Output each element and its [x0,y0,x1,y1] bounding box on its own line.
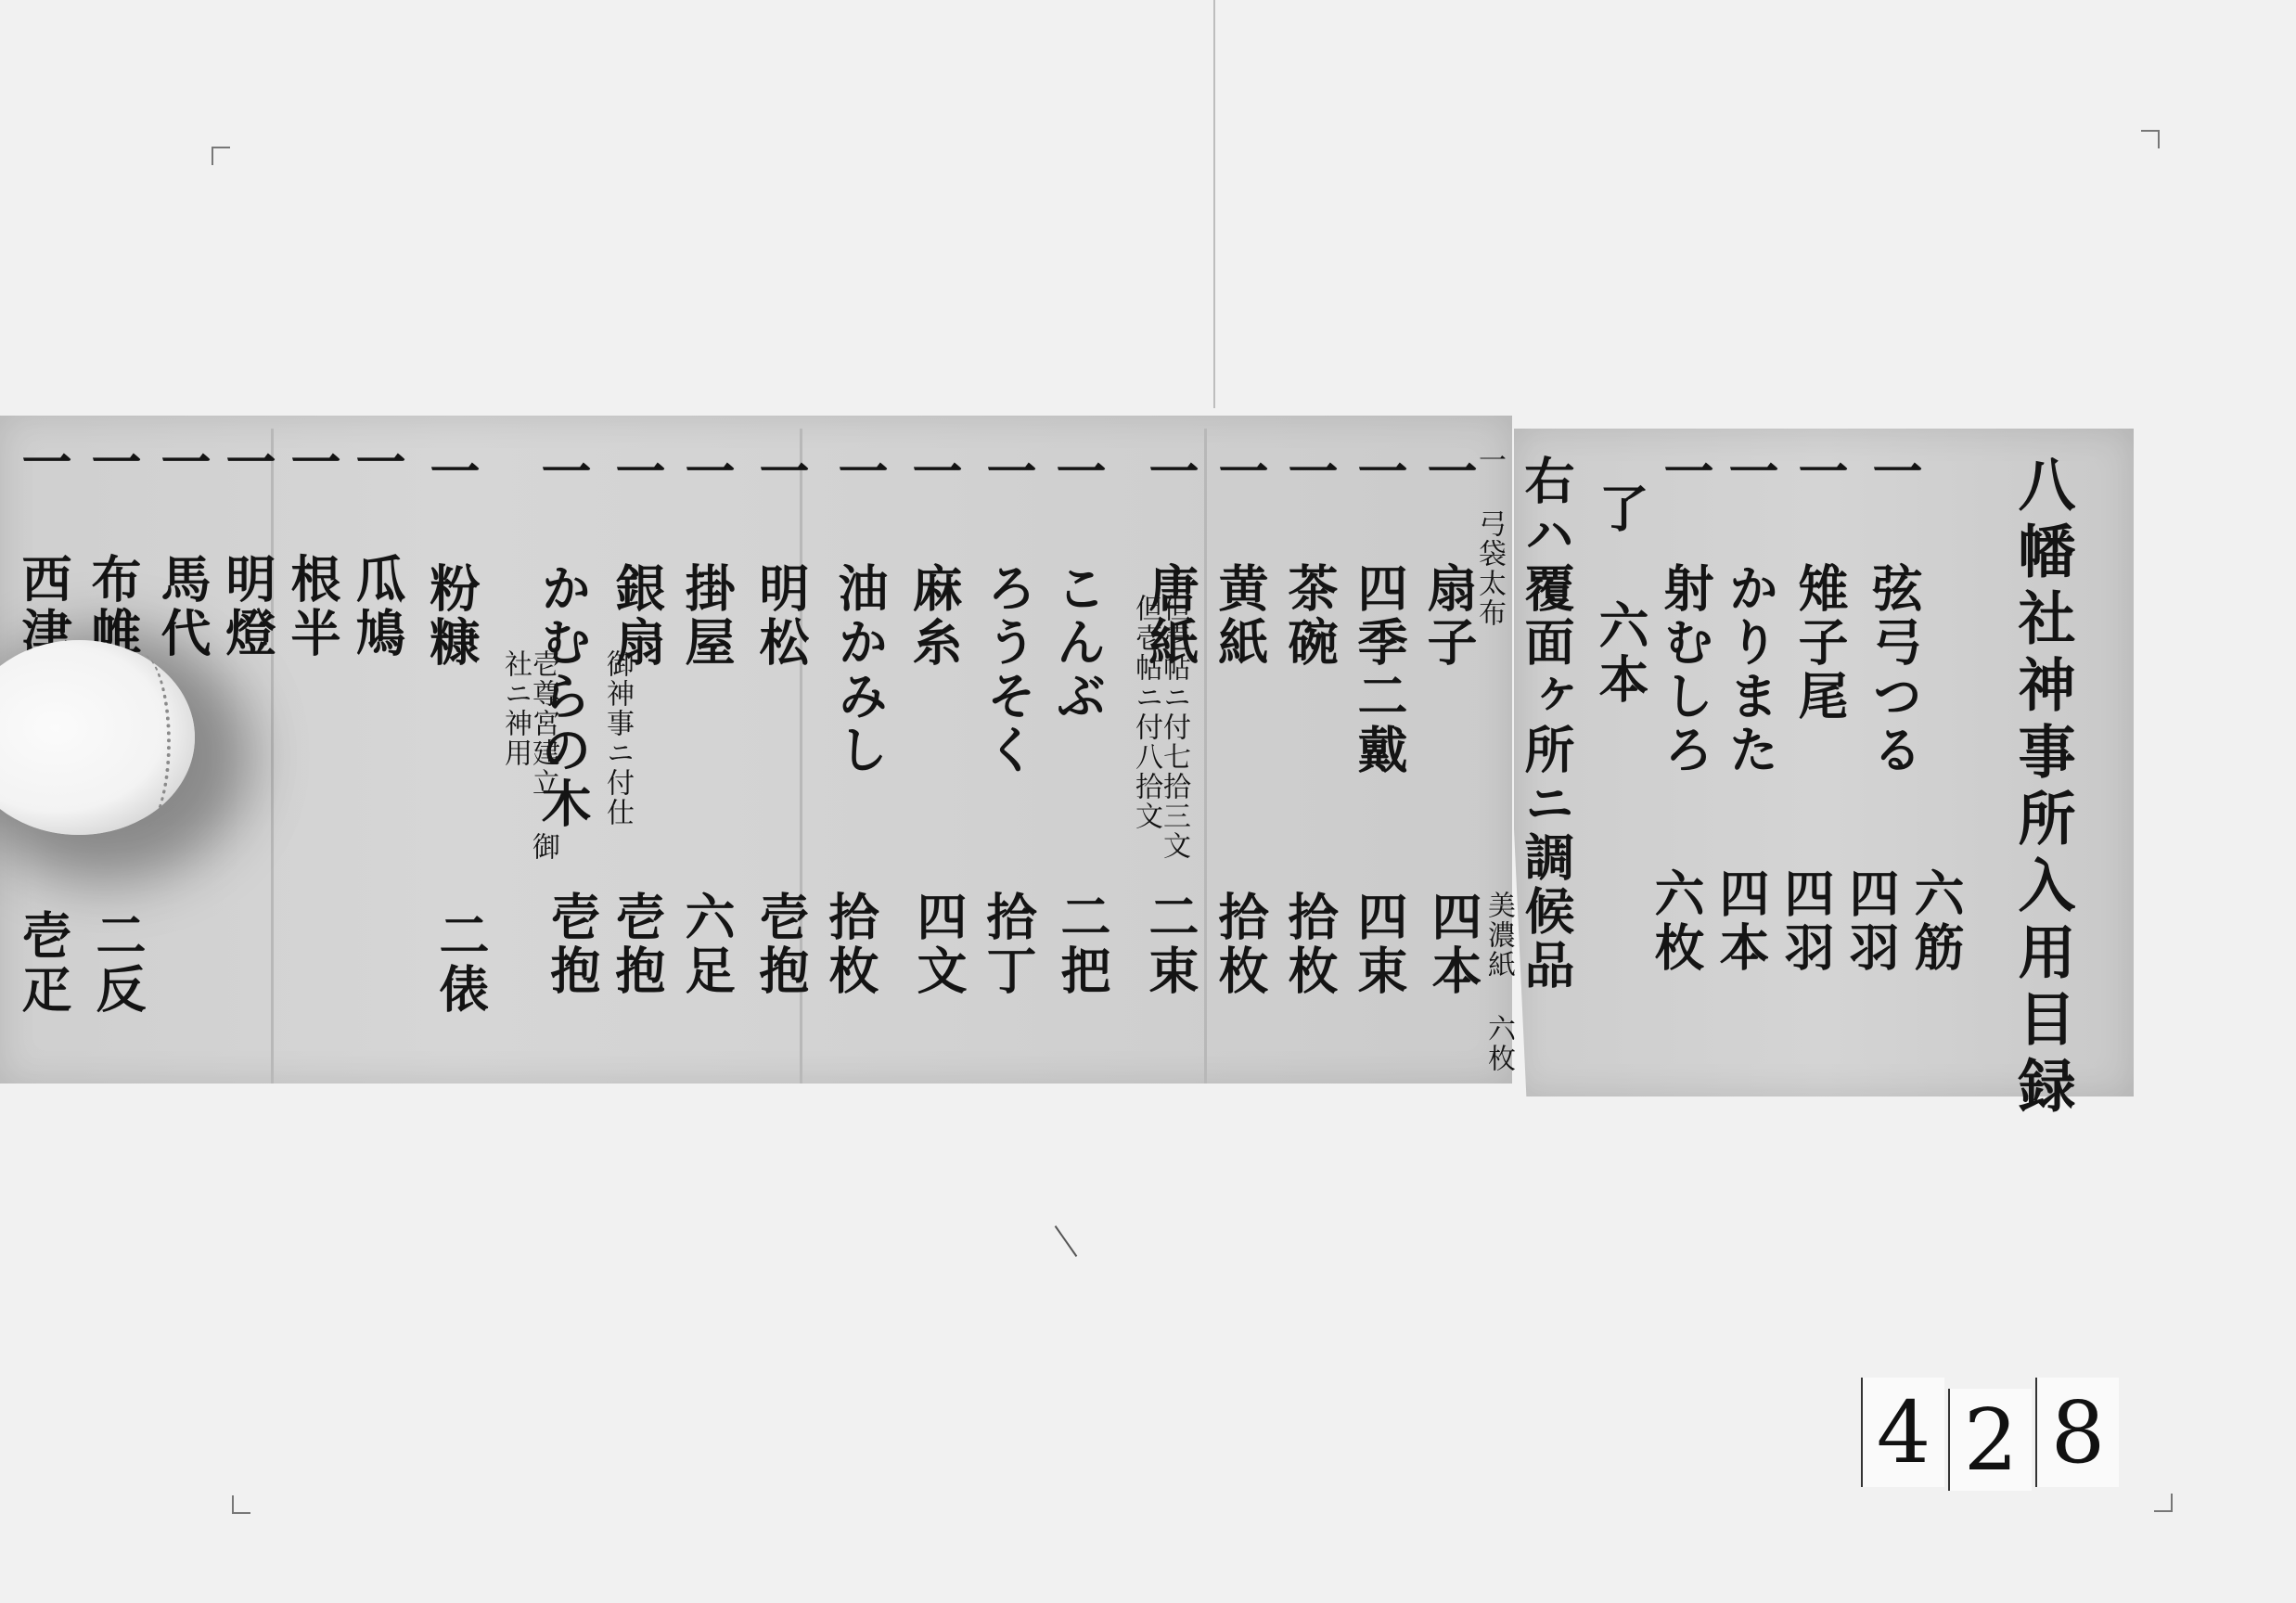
quantity: 壱疋 [19,909,69,1017]
page-number-digit: 2 [1948,1389,2032,1491]
item-column: 一 根半 [288,436,338,660]
item-column: 右ハ覆面ヶ所ニ調候品 [1521,455,1571,993]
quantity: 二俵 [436,909,486,1017]
quantity: 美濃紙 六枚 [1484,891,1512,1073]
item-column: 了 六本 [1596,482,1646,707]
item-column: 一 麻糸 [909,445,959,670]
item-column: 一 油かみし [835,445,885,777]
item-column: 一 銀扇 [612,445,662,670]
page-number-digit: 4 [1861,1378,1944,1487]
item-column: 一 射むしろ [1661,445,1711,777]
document-title: 八幡社神事所入用目録 [2013,455,2071,1122]
quantity: 四本 [1716,867,1766,975]
quantity: 拾丁 [983,891,1033,998]
quantity: 四本 [1429,891,1479,998]
quantity: 壱抱 [612,891,662,998]
paperweight-rim [111,654,171,830]
item-column: 一 粉糠 [427,445,477,670]
quantity: 四束 [1354,891,1405,998]
item-column: 一 四季二戴 [1354,445,1405,777]
item-column: 一 明燈 [223,436,273,660]
fold-line [1213,0,1215,408]
quantity: 拾枚 [826,891,876,998]
item-note: 御神事ニ付仕 [603,649,631,827]
quantity: 六枚 [1651,867,1701,975]
item-column: 一 雉子尾 [1795,445,1845,724]
item-column: 一 茶碗 [1285,445,1335,670]
corner-mark-bottom-left [232,1495,250,1514]
quantity: 拾枚 [1215,891,1265,998]
quantity: 四羽 [1846,867,1896,975]
item-column: 一 黄紙 [1215,445,1265,670]
corner-mark-bottom-right [2154,1494,2173,1512]
corner-mark-top-left [212,147,230,165]
stray-mark [1055,1225,1078,1257]
quantity: 四羽 [1781,867,1831,975]
page-number-tag: 4 2 8 [1861,1378,2119,1491]
corner-mark-top-right [2141,130,2160,148]
item-column: 一 ろうそく [983,445,1033,777]
item-note: 但壱帖ニ付七拾三文 但壱帖ニ付八拾文 [1132,594,1187,900]
quantity: 六筋 [1911,867,1961,975]
item-column: 一 弓袋太布 [1475,445,1503,628]
item-column: 一 こんぶ [1053,445,1103,724]
page-number-digit: 8 [2035,1378,2119,1487]
quantity: 拾枚 [1285,891,1335,998]
item-column: 一 掛屋 [682,445,732,670]
item-column: 一 扇子 [1424,445,1474,670]
item-column: 一 かりまた [1725,445,1776,777]
item-column: 一 馬代 [158,436,208,660]
quantity: 四文 [914,891,964,998]
quantity: 二把 [1058,891,1108,998]
paper-seam [1204,429,1207,1084]
quantity: 壱抱 [547,891,597,998]
item-column: 一 瓜鳩 [353,436,403,660]
item-note: 壱尊宮建立 御社ニ神用 [501,649,557,891]
item-column: 一 明松 [756,445,806,670]
quantity: 六足 [682,891,732,998]
quantity: 二束 [1146,891,1196,998]
quantity: 壱抱 [756,891,806,998]
quantity: 二反 [93,909,143,1017]
item-column: 一 布帷 [88,436,138,660]
